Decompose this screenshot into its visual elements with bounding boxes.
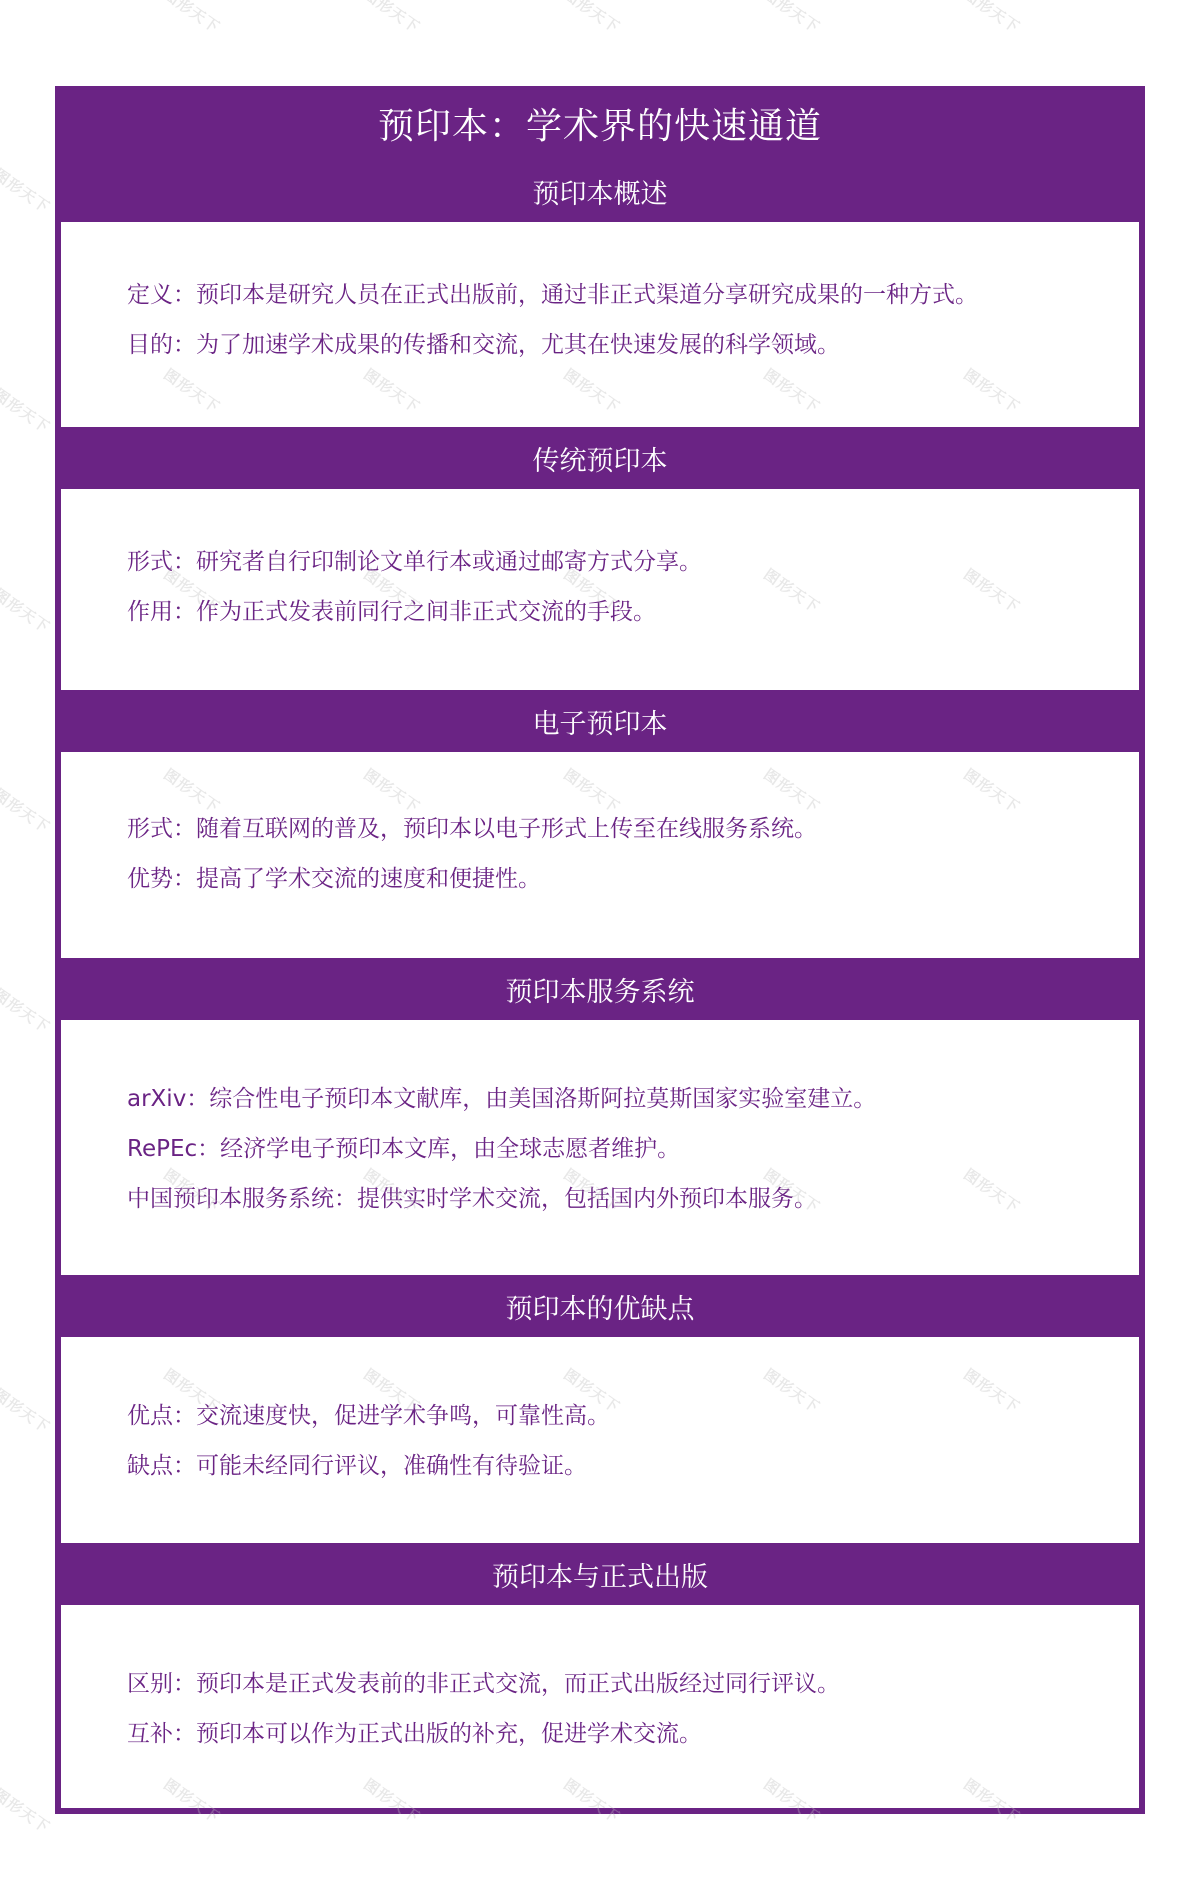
- section-line: 中国预印本服务系统：提供实时学术交流，包括国内外预印本服务。: [127, 1174, 1139, 1224]
- watermark: 图形天下: [0, 1784, 54, 1838]
- section-body-overview: 定义：预印本是研究人员在正式出版前，通过非正式渠道分享研究成果的一种方式。 目的…: [61, 270, 1139, 370]
- watermark: 图形天下: [760, 0, 824, 37]
- section-line: RePEc：经济学电子预印本文库，由全球志愿者维护。: [127, 1124, 1139, 1174]
- section-body-electronic: 形式：随着互联网的普及，预印本以电子形式上传至在线服务系统。 优势：提高了学术交…: [61, 804, 1139, 904]
- watermark: 图形天下: [0, 584, 54, 638]
- section-heading-electronic: 电子预印本: [55, 690, 1145, 752]
- section-line: 目的：为了加速学术成果的传播和交流，尤其在快速发展的科学领域。: [127, 320, 1139, 370]
- watermark: 图形天下: [0, 1384, 54, 1438]
- section-heading-overview: 预印本概述: [55, 160, 1145, 222]
- watermark: 图形天下: [360, 0, 424, 37]
- watermark: 图形天下: [960, 0, 1024, 37]
- page-title: 预印本：学术界的快速通道: [55, 86, 1145, 160]
- section-line: 形式：随着互联网的普及，预印本以电子形式上传至在线服务系统。: [127, 804, 1139, 854]
- section-line: 优点：交流速度快，促进学术争鸣，可靠性高。: [127, 1391, 1139, 1441]
- section-line: 缺点：可能未经同行评议，准确性有待验证。: [127, 1441, 1139, 1491]
- section-heading-services: 预印本服务系统: [55, 958, 1145, 1020]
- watermark: 图形天下: [160, 0, 224, 37]
- section-body-services: arXiv：综合性电子预印本文献库，由美国洛斯阿拉莫斯国家实验室建立。 RePE…: [61, 1074, 1139, 1224]
- section-line: arXiv：综合性电子预印本文献库，由美国洛斯阿拉莫斯国家实验室建立。: [127, 1074, 1139, 1124]
- section-heading-pros-cons: 预印本的优缺点: [55, 1275, 1145, 1337]
- section-heading-traditional: 传统预印本: [55, 427, 1145, 489]
- watermark: 图形天下: [0, 384, 54, 438]
- watermark: 图形天下: [560, 0, 624, 37]
- section-line: 作用：作为正式发表前同行之间非正式交流的手段。: [127, 587, 1139, 637]
- watermark: 图形天下: [0, 784, 54, 838]
- section-line: 定义：预印本是研究人员在正式出版前，通过非正式渠道分享研究成果的一种方式。: [127, 270, 1139, 320]
- section-body-pros-cons: 优点：交流速度快，促进学术争鸣，可靠性高。 缺点：可能未经同行评议，准确性有待验…: [61, 1391, 1139, 1491]
- section-body-traditional: 形式：研究者自行印制论文单行本或通过邮寄方式分享。 作用：作为正式发表前同行之间…: [61, 537, 1139, 637]
- section-line: 优势：提高了学术交流的速度和便捷性。: [127, 854, 1139, 904]
- section-body-formal-publication: 区别：预印本是正式发表前的非正式交流，而正式出版经过同行评议。 互补：预印本可以…: [61, 1659, 1139, 1759]
- watermark: 图形天下: [0, 984, 54, 1038]
- section-heading-formal-publication: 预印本与正式出版: [55, 1543, 1145, 1605]
- section-line: 区别：预印本是正式发表前的非正式交流，而正式出版经过同行评议。: [127, 1659, 1139, 1709]
- watermark: 图形天下: [0, 164, 54, 218]
- section-line: 互补：预印本可以作为正式出版的补充，促进学术交流。: [127, 1709, 1139, 1759]
- section-line: 形式：研究者自行印制论文单行本或通过邮寄方式分享。: [127, 537, 1139, 587]
